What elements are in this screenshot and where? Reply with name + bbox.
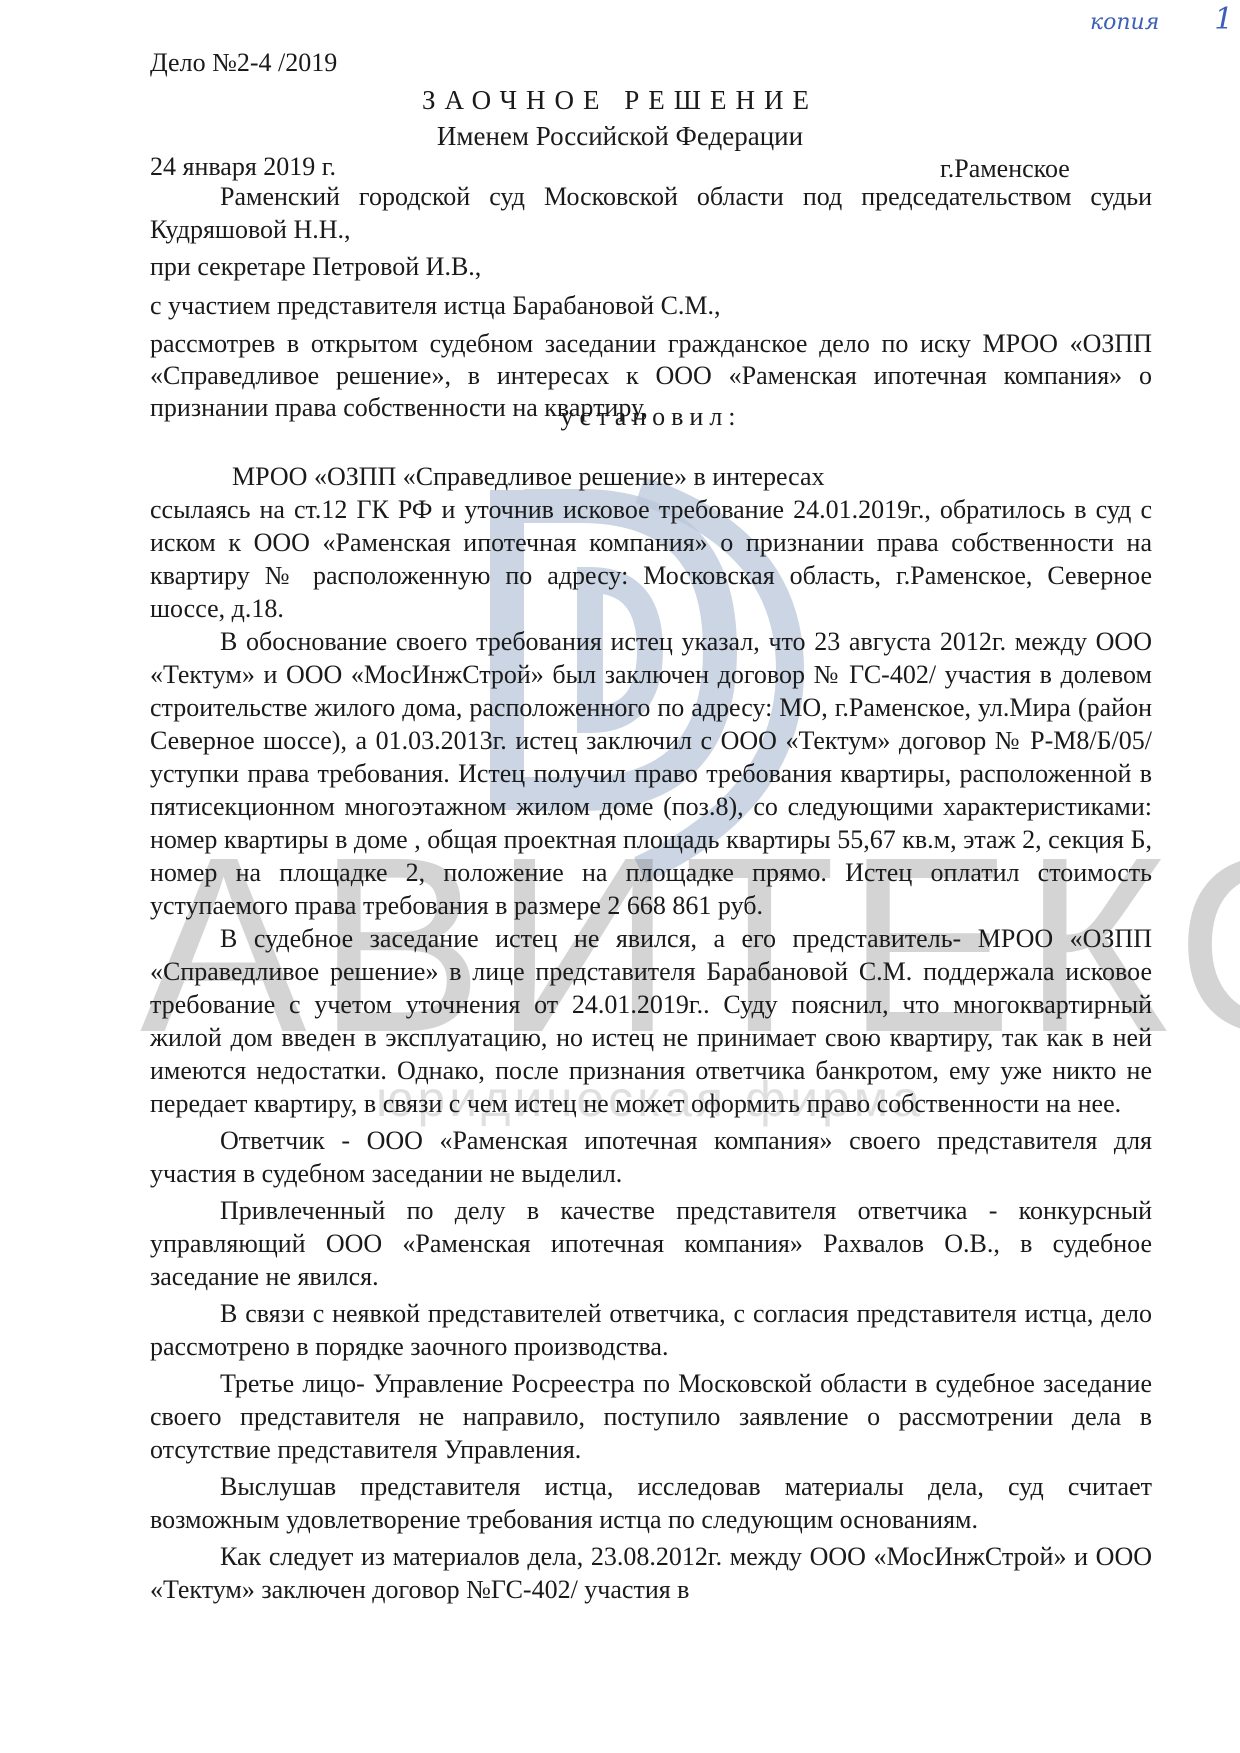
intro-secretary: при секретаре Петровой И.В., [150,250,1152,283]
intro-block: Раменский городской суд Московской облас… [150,180,1152,424]
paragraph-8: Третье лицо- Управление Росреестра по Мо… [150,1367,1152,1466]
document-page: АВИТЕКС юридическая фирма копия 1 Дело №… [0,0,1240,1753]
intro-representative: с участием представителя истца Барабанов… [150,289,1152,322]
paragraph-10: Как следует из материалов дела, 23.08.20… [150,1540,1152,1606]
paragraph-3: В обоснование своего требования истец ук… [150,625,1152,922]
paragraph-6: Привлеченный по делу в качестве представ… [150,1194,1152,1293]
paragraph-4: В судебное заседание истец не явился, а … [150,922,1152,1120]
page-number: 1 [1214,2,1233,37]
paragraph-9: Выслушав представителя истца, исследовав… [150,1470,1152,1536]
document-subtitle: Именем Российской Федерации [0,120,1240,153]
copy-mark: копия [1090,10,1159,35]
paragraph-5: Ответчик - ООО «Раменская ипотечная комп… [150,1124,1152,1190]
paragraph-2: ссылаясь на ст.12 ГК РФ и уточнив исково… [150,493,1152,625]
paragraph-7: В связи с неявкой представителей ответчи… [150,1297,1152,1363]
intro-court: Раменский городской суд Московской облас… [150,180,1152,246]
case-number: Дело №2-4 /2019 [150,46,337,79]
main-text: МРОО «ОЗПП «Справедливое решение» в инте… [150,460,1152,1606]
section-heading: установил: [150,400,1152,433]
document-title: ЗАОЧНОЕ РЕШЕНИЕ [0,84,1240,117]
decision-date: 24 января 2019 г. [150,150,336,183]
paragraph-1: МРОО «ОЗПП «Справедливое решение» в инте… [150,460,1152,493]
handwritten-copy-note: копия 1 [1090,2,1233,37]
